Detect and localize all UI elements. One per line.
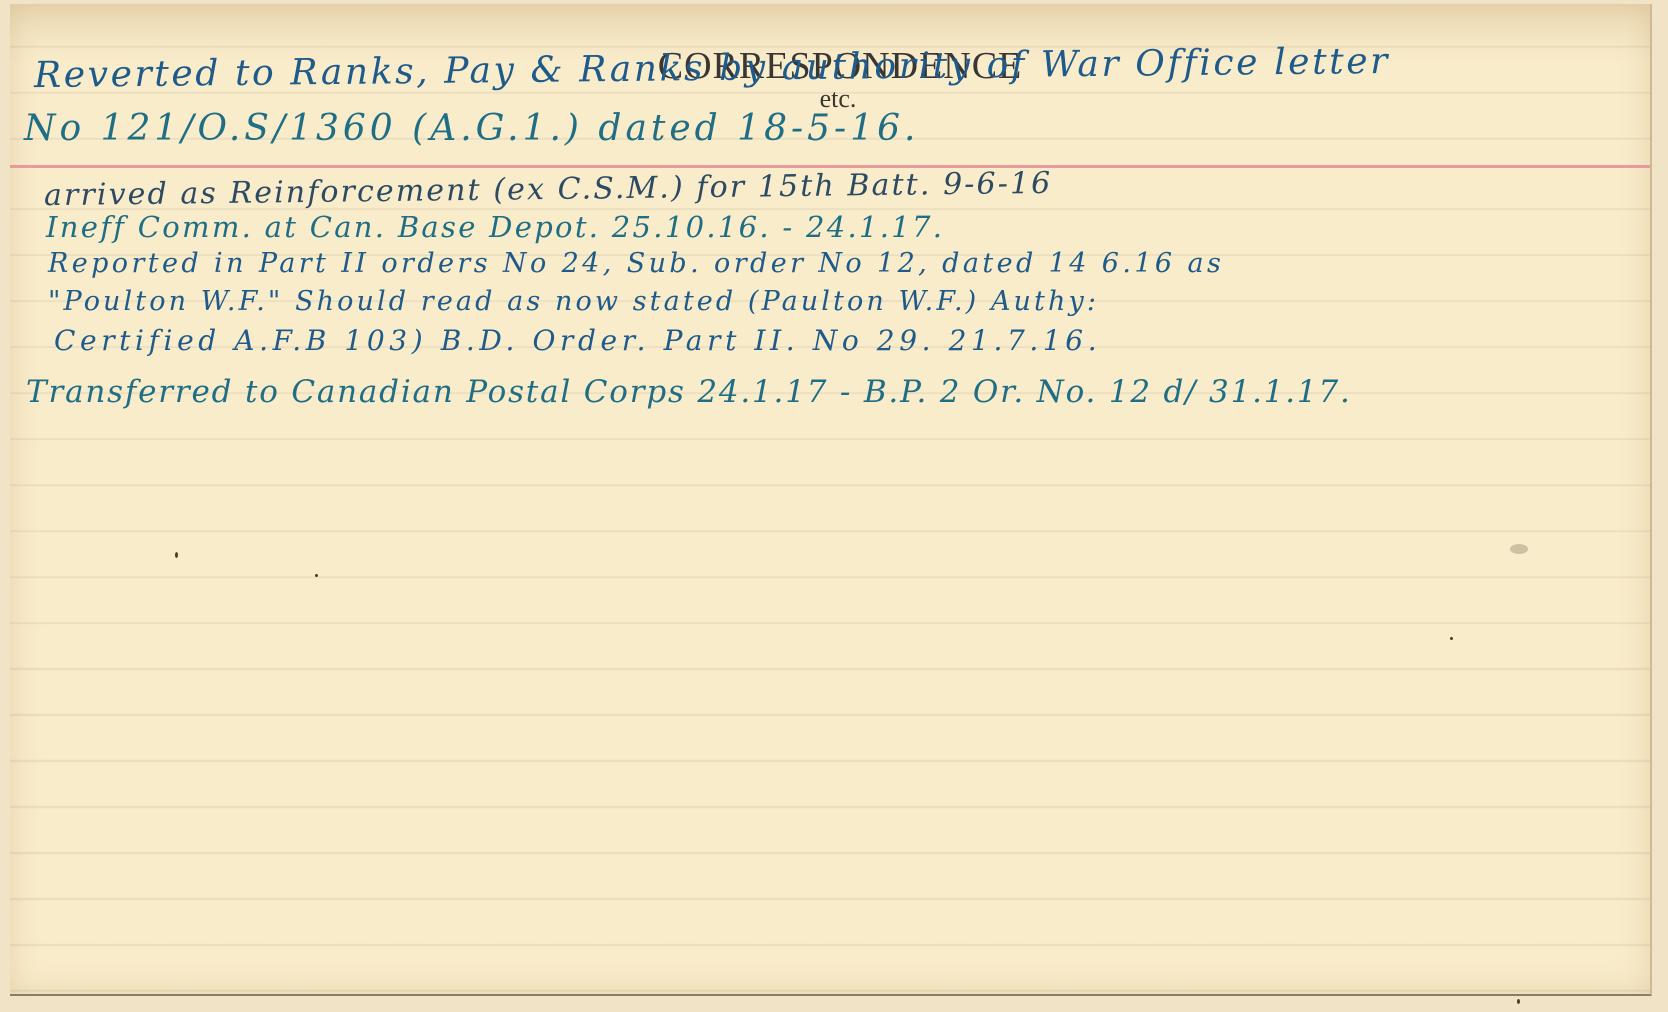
entry-name-correction: "Poulton W.F." Should read as now stated… (48, 286, 1099, 317)
entry-certified-afb103: Certified A.F.B 103) B.D. Order. Part II… (54, 324, 1101, 357)
paper-speck (315, 574, 318, 577)
entry-war-office-letter-ref: No 121/O.S/1360 (A.G.1.) dated 18-5-16. (24, 108, 919, 149)
entry-ineff-base-depot: Ineff Comm. at Can. Base Depot. 25.10.16… (46, 210, 944, 244)
record-card: CORRESPONDENCE etc. Reverted to Ranks, P… (10, 4, 1652, 996)
entry-part-ii-orders: Reported in Part II orders No 24, Sub. o… (48, 248, 1224, 279)
paper-speck (1450, 637, 1453, 640)
paper-speck (1510, 544, 1528, 554)
entry-transferred-postal-corps: Transferred to Canadian Postal Corps 24.… (26, 374, 1352, 410)
entry-arrived-reinforcement: arrived as Reinforcement (ex C.S.M.) for… (44, 166, 1053, 213)
paper-speck (175, 552, 178, 558)
paper-speck (1517, 999, 1520, 1004)
